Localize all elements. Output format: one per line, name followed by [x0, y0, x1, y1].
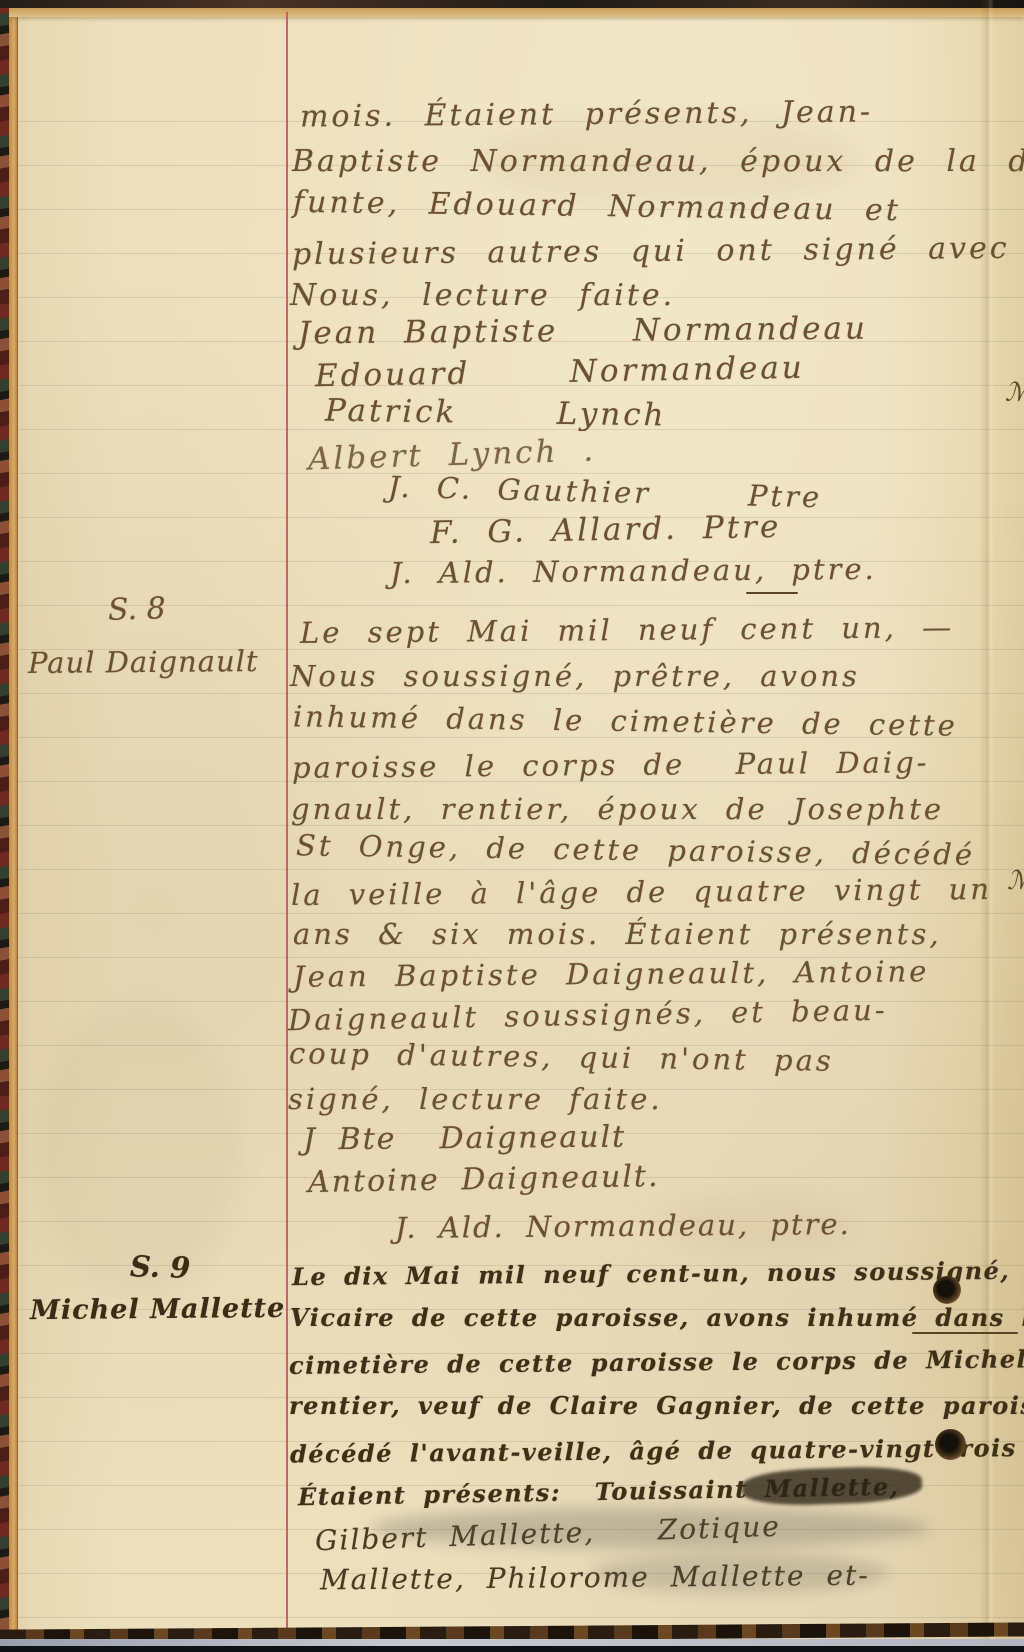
entry-continuation-line: Baptiste Normandeau, époux de la dé- [292, 147, 1024, 177]
edge-mark: ℳ [1007, 866, 1024, 896]
signature-line: Edouard Normandeau [315, 353, 805, 393]
ink-smudge [370, 1508, 930, 1548]
entry-s8-line: Daigneault soussignés, et beau- [288, 996, 888, 1035]
signature-line: J. Ald. Normandeau, ptre. [390, 555, 877, 588]
entry-s8-line: Nous soussigné, prêtre, avons [290, 662, 860, 691]
entry-s8-line: la veille à l'âge de quatre vingt un [291, 875, 992, 910]
signature-line: J Bte Daigneault [303, 1123, 626, 1156]
register-page: mois. Étaient présents, Jean- Baptiste N… [0, 0, 1024, 1652]
margin-entry-name: Michel Mallette [30, 1295, 285, 1324]
entry-s8-line: inhumé dans le cimetière de cette [293, 702, 958, 740]
signature-line: Albert Lynch . [308, 435, 597, 475]
entry-s9-line: Le dix Mai mil neuf cent-un, nous soussi… [292, 1259, 1010, 1289]
entry-s8-line: gnault, rentier, époux de Josephte [291, 795, 944, 824]
entry-s8-line: Le sept Mai mil neuf cent un, — [300, 613, 954, 648]
entry-s8-line: ans & six mois. Étaient présents, [293, 920, 942, 949]
margin-entry-number: S. 9 [130, 1252, 191, 1282]
signature-line: Jean Baptiste Normandeau [298, 314, 868, 350]
signature-line: J. Ald. Normandeau, ptre. [395, 1210, 851, 1243]
signature-line: Antoine Daigneault. [308, 1162, 660, 1198]
page-stack-edge-top [9, 8, 1024, 17]
entry-continuation-line: plusieurs autres qui ont signé avec [292, 234, 1010, 270]
background-shadow [0, 1646, 1024, 1652]
margin-entry-name: Paul Daignault [28, 647, 259, 678]
book-cover-top-edge [0, 0, 1024, 8]
signature-line: Patrick Lynch [325, 396, 667, 432]
entry-s8-line: signé, lecture faite. [288, 1085, 663, 1114]
margin-entry-number: S. 8 [108, 594, 167, 626]
entry-s8-line: paroisse le corps de Paul Daig- [292, 748, 930, 783]
entry-s9-line: décédé l'avant-veille, âgé de quatre-vin… [290, 1435, 1024, 1466]
entry-s8-line: St Onge, de cette paroisse, décédé [296, 831, 975, 869]
punch-hole [935, 1429, 966, 1460]
punch-hole [933, 1276, 961, 1304]
book-cover-marbled-edge [0, 0, 9, 1652]
entry-s8-line: Jean Baptiste Daigneault, Antoine [293, 957, 930, 992]
ink-smudge [590, 1553, 890, 1593]
blank-fill-rule [912, 1332, 1018, 1334]
entry-s9-line: cimetière de cette paroisse le corps de … [289, 1346, 1024, 1378]
entry-continuation-line: mois. Étaient présents, Jean- [300, 98, 873, 133]
entry-continuation-line: Nous, lecture faite. [290, 281, 675, 311]
entry-continuation-line: funte, Edouard Normandeau et [293, 188, 901, 226]
entry-s8-line: coup d'autres, qui n'ont pas [289, 1039, 834, 1076]
ptre-underline [746, 592, 798, 594]
edge-mark: ℳ [1005, 378, 1024, 408]
signature-line: F. G. Allard. Ptre [430, 512, 782, 549]
entry-s9-line: Vicaire de cette paroisse, avons inhumé … [290, 1306, 1024, 1330]
page-stack-edge-left [9, 0, 18, 1652]
red-margin-rule [286, 12, 288, 1630]
signature-line: J. C. Gauthier Ptre [388, 473, 823, 513]
entry-s9-line: rentier, veuf de Claire Gagnier, de cett… [289, 1394, 1024, 1418]
